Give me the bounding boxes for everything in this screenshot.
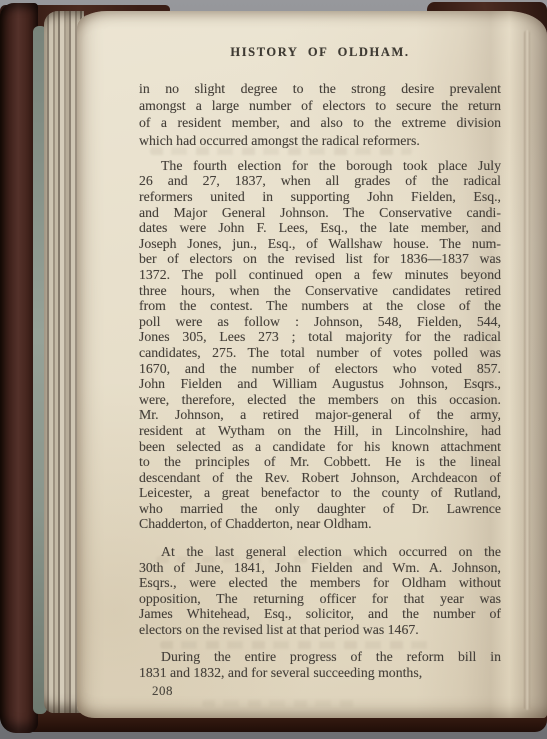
text-line: to the principles of Mr. Cobbett. He is …	[139, 454, 501, 470]
text-line: Chadderton, of Chadderton, near Oldham.	[139, 516, 501, 532]
text-line: Esqrs., were elected the members for Old…	[139, 575, 501, 591]
text-line: three hours, when the Conservative candi…	[139, 283, 501, 299]
text-line: Leicester, a great benefactor to the cou…	[139, 485, 501, 501]
book-photo: { "page": { "running_header": "HISTORY O…	[0, 0, 547, 739]
text-line: descendant of the Rev. Robert Johnson, A…	[139, 470, 501, 486]
text-line: who married the only daughter of Dr. Law…	[139, 501, 501, 517]
text-line: opposition, The returning officer for th…	[139, 591, 501, 607]
paragraph: in no slight degree to the strong desire…	[139, 80, 501, 149]
text-line: of a resident member, and also to the ex…	[139, 114, 501, 131]
text-line: electors on the revised list at that per…	[139, 622, 501, 638]
page-number: 208	[139, 684, 501, 698]
text-line: Mr. Johnson, a retired major-general of …	[139, 407, 501, 423]
text-line: Jones 305, Lees 273 ; total majority for…	[139, 329, 501, 345]
paragraphs: in no slight degree to the strong desire…	[139, 80, 501, 681]
text-line: been selected as a candidate for his kno…	[139, 439, 501, 455]
text-line: reformers united in supporting John Fiel…	[139, 189, 501, 205]
text-line: which had occurred amongst the radical r…	[139, 132, 501, 149]
paragraph: During the entire progress of the reform…	[139, 649, 501, 681]
ghost-text	[202, 700, 360, 707]
text-line: from the contest. The numbers at the clo…	[139, 298, 501, 314]
text-line: 30th of June, 1841, John Fielden and Wm.…	[139, 560, 501, 576]
text-line: poll were as follow : Johnson, 548, Fiel…	[139, 314, 501, 330]
text-line: candidates, 275. The total number of vot…	[139, 345, 501, 361]
text-line: and Major General Johnson. The Conservat…	[139, 205, 501, 221]
text-line: 1670, and the number of electors who vot…	[139, 361, 501, 377]
text-line: James Whitehead, Esq., solicitor, and th…	[139, 606, 501, 622]
text-line: in no slight degree to the strong desire…	[139, 80, 501, 97]
text-line: 1831 and 1832, and for several succeedin…	[139, 665, 501, 681]
paragraph: At the last general election which occur…	[139, 544, 501, 637]
text-line: dates were John F. Lees, Esq., the late …	[139, 220, 501, 236]
text-line: At the last general election which occur…	[139, 544, 501, 560]
text-line: 26 and 27, 1837, when all grades of the …	[139, 173, 501, 189]
text-line: John Fielden and William Augustus Johnso…	[139, 376, 501, 392]
text-block: HISTORY OF OLDHAM. in no slight degree t…	[139, 46, 501, 698]
running-header: HISTORY OF OLDHAM.	[139, 46, 501, 59]
text-line: amongst a large number of electors to se…	[139, 97, 501, 114]
gutter-crease	[524, 30, 530, 710]
text-line: Joseph Jones, jun., Esq., of Wallshaw ho…	[139, 236, 501, 252]
text-line: During the entire progress of the reform…	[139, 649, 501, 665]
paragraph: The fourth election for the borough took…	[139, 158, 501, 532]
text-line: The fourth election for the borough took…	[139, 158, 501, 174]
text-line: ber of electors on the revised list for …	[139, 251, 501, 267]
text-line: 1372. The poll continued open a few minu…	[139, 267, 501, 283]
text-line: resident at Wytham on the Hill, in Linco…	[139, 423, 501, 439]
text-line: were, therefore, elected the members on …	[139, 392, 501, 408]
